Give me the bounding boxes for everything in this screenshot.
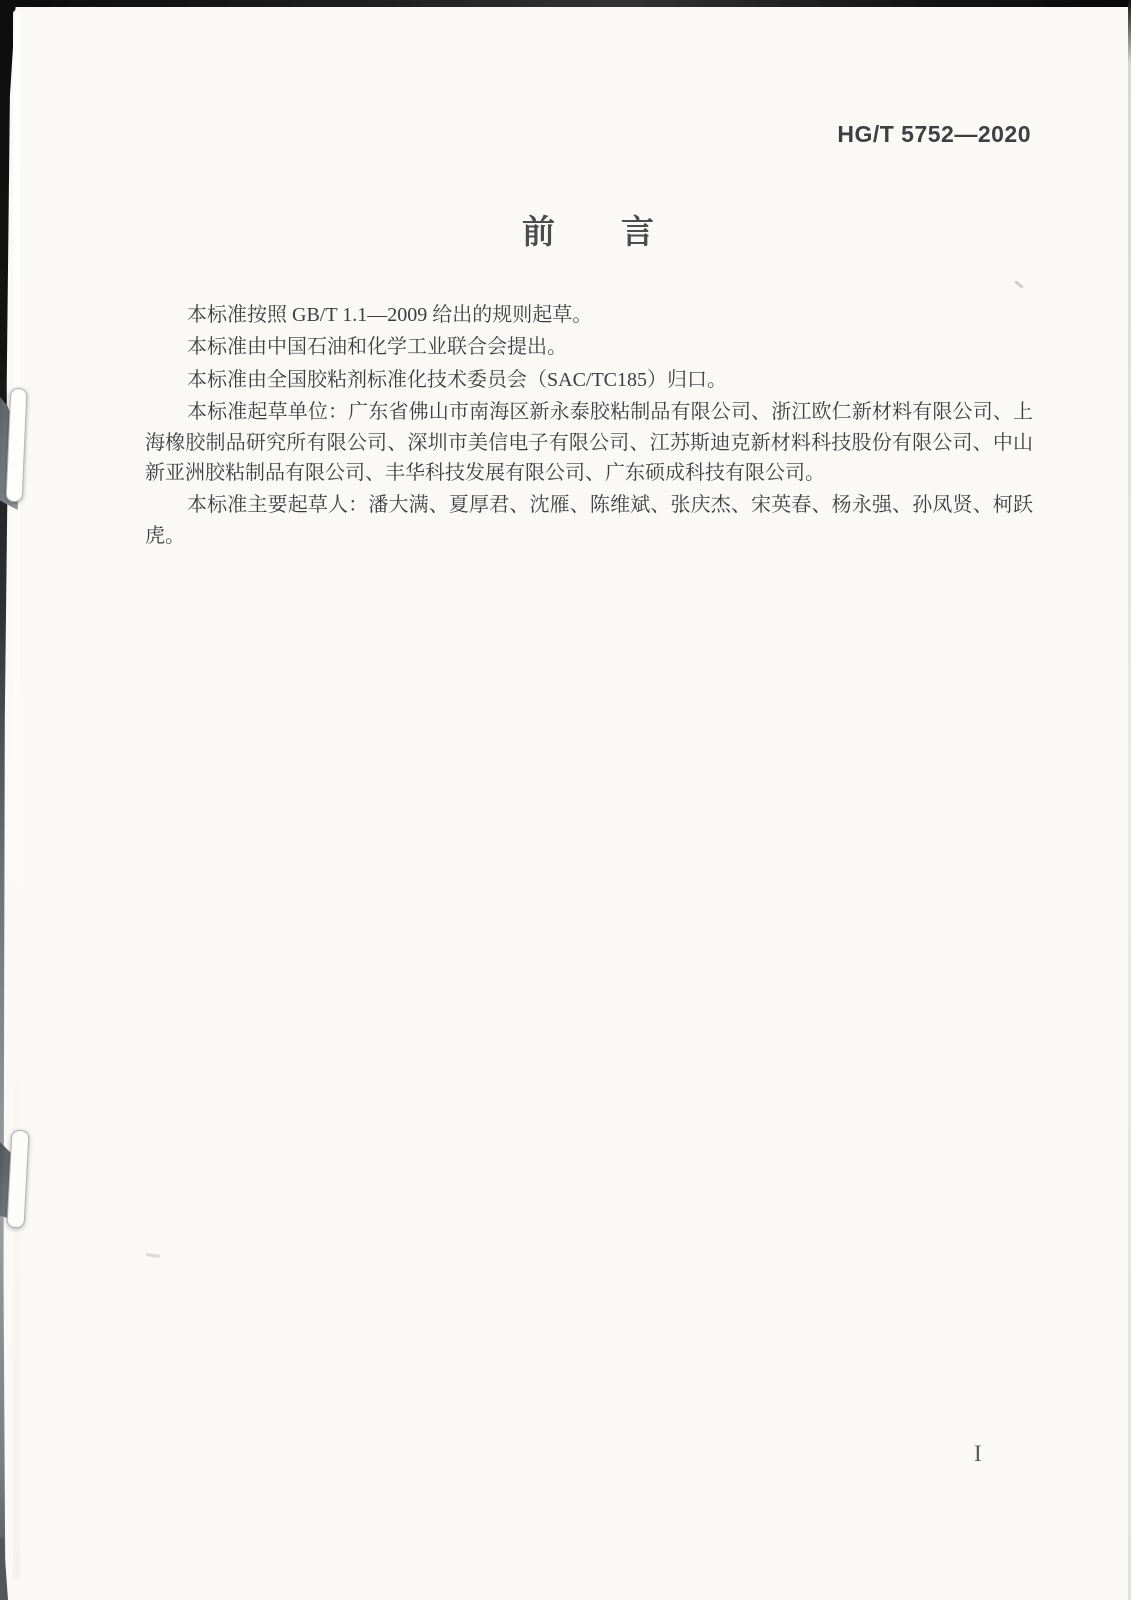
scan-edge-bottom-left [0,1538,8,1600]
foreword-paragraph-4: 本标准起草单位：广东省佛山市南海区新永泰胶粘制品有限公司、浙江欧仁新材料有限公司… [145,397,1033,488]
page-title: 前 言 [145,206,1031,253]
foreword-paragraph-3: 本标准由全国胶粘剂标准化技术委员会（SAC/TC185）归口。 [145,365,1033,395]
scan-speck [1014,280,1024,289]
foreword-paragraph-2: 本标准由中国石油和化学工业联合会提出。 [145,332,1033,362]
scan-speck [146,1253,160,1258]
page-number: I [974,1441,982,1467]
binding-clip-top [6,388,28,503]
page-curl-highlight [13,10,20,1580]
scan-edge-top [0,0,1131,7]
foreword-body: 本标准按照 GB/T 1.1—2009 给出的规则起草。 本标准由中国石油和化学… [145,300,1033,551]
scanned-document-page: HG/T 5752—2020 前 言 本标准按照 GB/T 1.1—2009 给… [0,0,1131,1600]
binding-clip-bottom [6,1130,29,1229]
foreword-paragraph-1: 本标准按照 GB/T 1.1—2009 给出的规则起草。 [145,300,1033,330]
foreword-paragraph-5: 本标准主要起草人：潘大满、夏厚君、沈雁、陈维斌、张庆杰、宋英春、杨永强、孙凤贤、… [145,490,1033,551]
standard-code-header: HG/T 5752—2020 [145,121,1031,148]
